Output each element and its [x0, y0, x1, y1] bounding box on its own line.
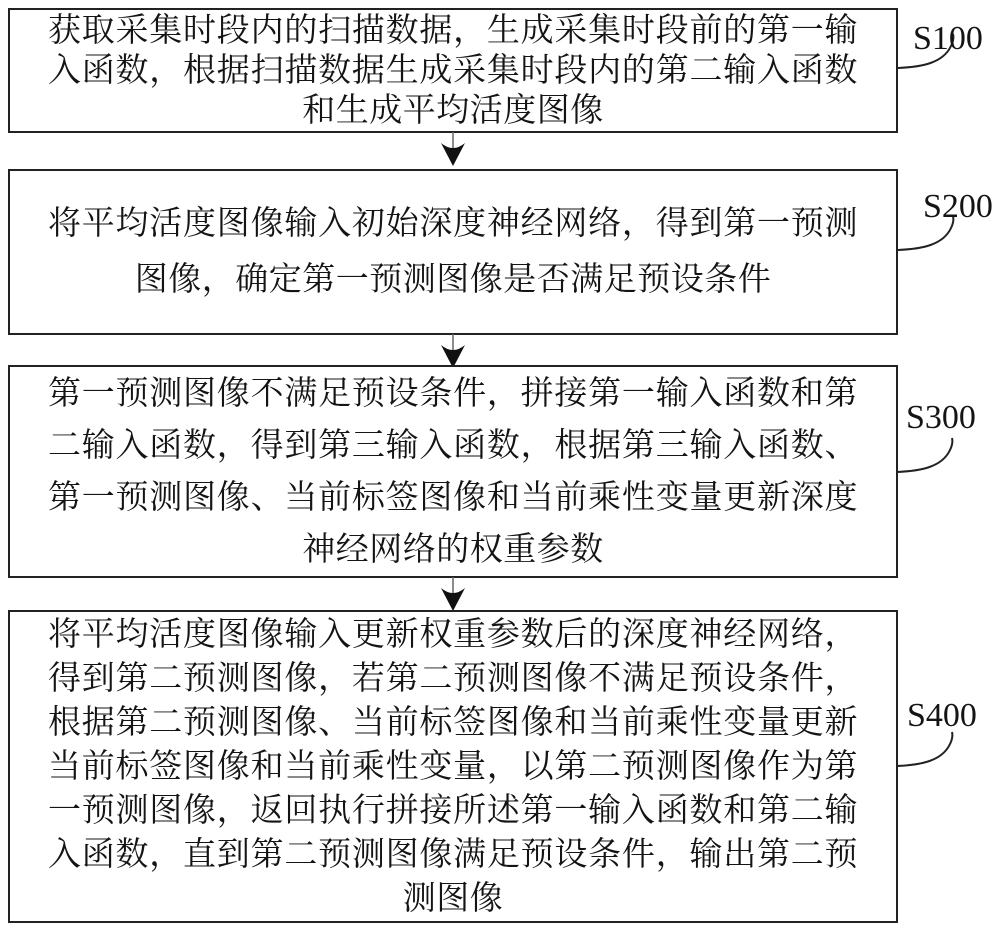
flow-step-text-s300: 第一预测图像不满足预设条件，拼接第一输入函数和第二输入函数，得到第三输入函数，根…: [48, 368, 858, 576]
down-arrow-icon: [439, 132, 467, 168]
label-connector-curve-s400: [897, 730, 959, 768]
down-arrow-icon: [439, 577, 467, 613]
flow-step-box-s400: 将平均活度图像输入更新权重参数后的深度神经网络，得到第二预测图像，若第二预测图像…: [8, 610, 898, 923]
flow-step-box-s200: 将平均活度图像输入初始深度神经网络，得到第一预测图像，确定第一预测图像是否满足预…: [8, 169, 898, 335]
flow-step-text-s200: 将平均活度图像输入初始深度神经网络，得到第一预测图像，确定第一预测图像是否满足预…: [48, 196, 858, 308]
patent-flowchart: 获取采集时段内的扫描数据，生成采集时段前的第一输入函数，根据扫描数据生成采集时段…: [0, 0, 1000, 933]
flow-step-box-s100: 获取采集时段内的扫描数据，生成采集时段前的第一输入函数，根据扫描数据生成采集时段…: [8, 8, 898, 133]
step-label-s200: S200: [923, 190, 993, 224]
step-label-s100: S100: [913, 22, 983, 56]
step-label-s400: S400: [907, 699, 977, 733]
flow-step-box-s300: 第一预测图像不满足预设条件，拼接第一输入函数和第二输入函数，得到第三输入函数，根…: [8, 365, 898, 578]
label-connector-curve-s300: [897, 436, 959, 474]
flow-step-text-s400: 将平均活度图像输入更新权重参数后的深度神经网络，得到第二预测图像，若第二预测图像…: [48, 613, 858, 921]
flow-step-text-s100: 获取采集时段内的扫描数据，生成采集时段前的第一输入函数，根据扫描数据生成采集时段…: [48, 11, 858, 131]
step-label-s300: S300: [906, 401, 976, 435]
